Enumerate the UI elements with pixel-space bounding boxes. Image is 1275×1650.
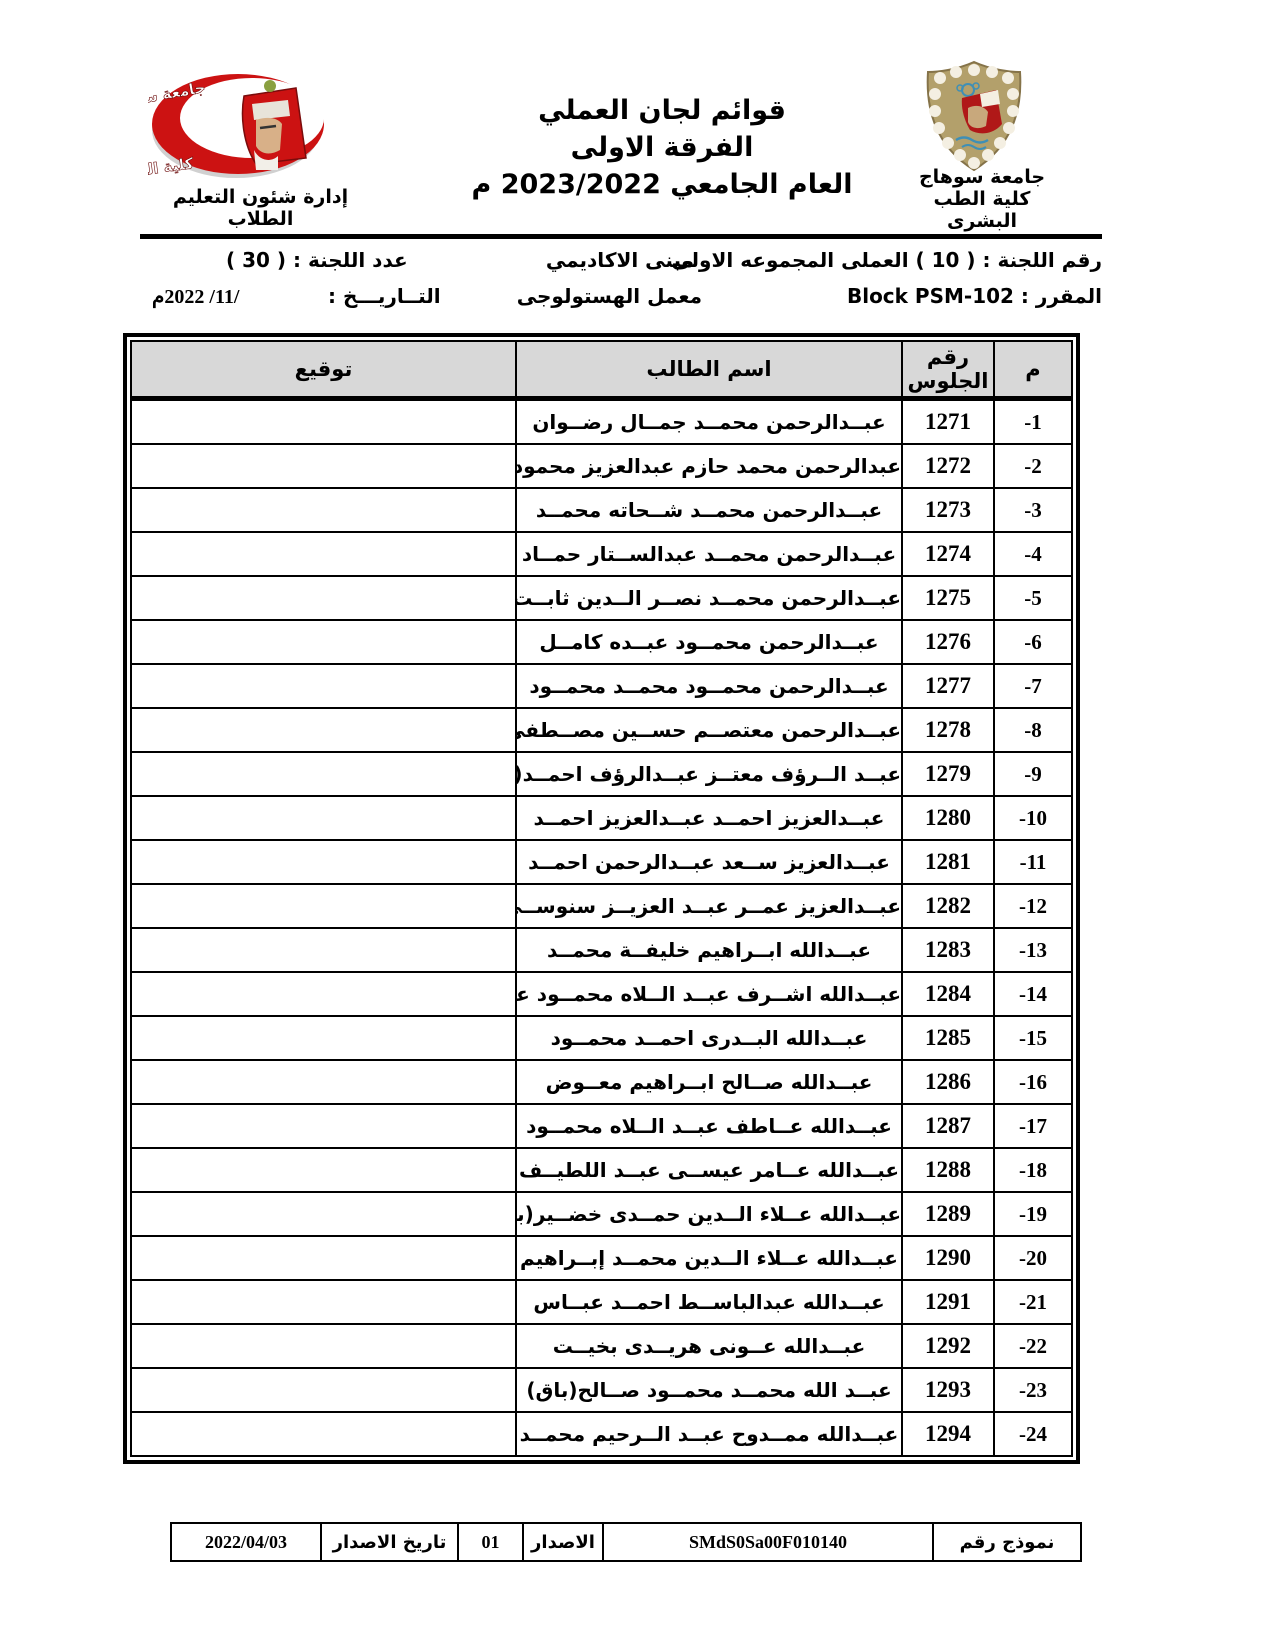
header-divider bbox=[140, 234, 1102, 239]
table-row: -101280عبــدالعزيز احمــد عبــدالعزيز اح… bbox=[131, 796, 1072, 840]
title-line-2: الفرقة الاولى bbox=[452, 129, 872, 166]
issue-date-value: 2022/04/03 bbox=[171, 1523, 321, 1561]
committee-count: عدد اللجنة : ( 30 ) bbox=[226, 248, 408, 272]
signature-cell bbox=[131, 620, 516, 664]
student-name: عبــدالله اشــرف عبــد الــلاه محمــود ع… bbox=[516, 972, 902, 1016]
seat-number: 1281 bbox=[902, 840, 994, 884]
row-index: -18 bbox=[994, 1148, 1072, 1192]
signature-cell bbox=[131, 752, 516, 796]
col-header-index: م bbox=[994, 341, 1072, 399]
admin-office-label: إدارة شئون التعليم الطلاب bbox=[158, 186, 363, 230]
committee-number: رقم اللجنة : ( 10 ) العملى المجموعه الاو… bbox=[671, 248, 1102, 272]
row-index: -14 bbox=[994, 972, 1072, 1016]
logo-bottom-text: كلية الطب bbox=[148, 154, 195, 183]
document-page: جامعة سوهاج كلية الطب إدارة شئون التعليم… bbox=[0, 0, 1275, 1650]
title-line-1: قوائم لجان العملي bbox=[452, 92, 872, 129]
signature-cell bbox=[131, 796, 516, 840]
table-row: -201290عبــدالله عــلاء الــدين محمــد إ… bbox=[131, 1236, 1072, 1280]
row-index: -17 bbox=[994, 1104, 1072, 1148]
issue-value: 01 bbox=[458, 1523, 523, 1561]
table-row: -41274عبــدالرحمن محمــد عبدالســتار حمـ… bbox=[131, 532, 1072, 576]
seat-number: 1290 bbox=[902, 1236, 994, 1280]
table-row: -131283عبــدالله ابــراهيم خليفــة محمــ… bbox=[131, 928, 1072, 972]
student-name: عبــدالله عــامر عيســى عبــد اللطيــف bbox=[516, 1148, 902, 1192]
seat-number: 1289 bbox=[902, 1192, 994, 1236]
row-index: -19 bbox=[994, 1192, 1072, 1236]
seat-number: 1288 bbox=[902, 1148, 994, 1192]
row-index: -22 bbox=[994, 1324, 1072, 1368]
title-line-3: العام الجامعي 2023/2022 م bbox=[452, 166, 872, 203]
table-row: -21272عبدالرحمن محمد حازم عبدالعزيز محمو… bbox=[131, 444, 1072, 488]
signature-cell bbox=[131, 1280, 516, 1324]
table-row: -51275عبــدالرحمن محمــد نصــر الــدين ث… bbox=[131, 576, 1072, 620]
university-name-block: جامعة سوهاج كلية الطب البشرى bbox=[902, 166, 1062, 232]
table-row: -141284عبــدالله اشــرف عبــد الــلاه مح… bbox=[131, 972, 1072, 1016]
row-index: -11 bbox=[994, 840, 1072, 884]
table-row: -91279عبــد الــرؤف معتــز عبــدالرؤف اح… bbox=[131, 752, 1072, 796]
date-label: التــاريـــخ : bbox=[328, 284, 441, 308]
student-name: عبــدالله عــلاء الــدين حمــدى خضــير(ب… bbox=[516, 1192, 902, 1236]
seat-number: 1273 bbox=[902, 488, 994, 532]
issue-label: الاصدار bbox=[523, 1523, 603, 1561]
row-index: -20 bbox=[994, 1236, 1072, 1280]
student-name: عبــدالعزيز عمــر عبــد العزيــز سنوســى bbox=[516, 884, 902, 928]
seat-number: 1282 bbox=[902, 884, 994, 928]
table-row: -161286عبــدالله صــالح ابــراهيم معــوض bbox=[131, 1060, 1072, 1104]
seat-number: 1277 bbox=[902, 664, 994, 708]
student-name: عبــدالعزيز احمــد عبــدالعزيز احمــد bbox=[516, 796, 902, 840]
student-name: عبــدالله عــاطف عبــد الــلاه محمــود bbox=[516, 1104, 902, 1148]
signature-cell bbox=[131, 399, 516, 445]
signature-cell bbox=[131, 884, 516, 928]
col-header-signature: توقيع bbox=[131, 341, 516, 399]
row-index: -16 bbox=[994, 1060, 1072, 1104]
seat-number: 1275 bbox=[902, 576, 994, 620]
table-row: -71277عبــدالرحمن محمــود محمــد محمــود bbox=[131, 664, 1072, 708]
signature-cell bbox=[131, 708, 516, 752]
col-header-seat: رقم الجلوس bbox=[902, 341, 994, 399]
seat-number: 1272 bbox=[902, 444, 994, 488]
signature-cell bbox=[131, 664, 516, 708]
form-number-label: نموذج رقم bbox=[933, 1523, 1081, 1561]
row-index: -1 bbox=[994, 399, 1072, 445]
table-row: -61276عبــدالرحمن محمــود عبــده كامــل bbox=[131, 620, 1072, 664]
row-index: -7 bbox=[994, 664, 1072, 708]
student-name: عبــدالله عبدالباســط احمــد عبــاس bbox=[516, 1280, 902, 1324]
seat-number: 1280 bbox=[902, 796, 994, 840]
form-footer: نموذج رقم SMdS0Sa00F010140 الاصدار 01 تا… bbox=[170, 1522, 1082, 1562]
student-name: عبــد الله محمــد محمــود صــالح(باق) bbox=[516, 1368, 902, 1412]
row-index: -4 bbox=[994, 532, 1072, 576]
signature-cell bbox=[131, 1412, 516, 1456]
student-name: عبــدالله البــدرى احمــد محمــود bbox=[516, 1016, 902, 1060]
table-row: -221292عبــدالله عــونى هريــدى بخيــت bbox=[131, 1324, 1072, 1368]
signature-cell bbox=[131, 1148, 516, 1192]
faculty-name: كلية الطب البشرى bbox=[902, 188, 1062, 232]
table-row: -11271عبــدالرحمن محمــد جمــال رضــوان bbox=[131, 399, 1072, 445]
signature-cell bbox=[131, 488, 516, 532]
row-index: -23 bbox=[994, 1368, 1072, 1412]
row-index: -9 bbox=[994, 752, 1072, 796]
footer-row: نموذج رقم SMdS0Sa00F010140 الاصدار 01 تا… bbox=[171, 1523, 1081, 1561]
student-name: عبــدالرحمن محمــد عبدالســتار حمــاد bbox=[516, 532, 902, 576]
table-header-row: م رقم الجلوس اسم الطالب توقيع bbox=[131, 341, 1072, 399]
signature-cell bbox=[131, 972, 516, 1016]
table-row: -211291عبــدالله عبدالباســط احمــد عبــ… bbox=[131, 1280, 1072, 1324]
signature-cell bbox=[131, 1324, 516, 1368]
row-index: -12 bbox=[994, 884, 1072, 928]
seat-number: 1276 bbox=[902, 620, 994, 664]
seat-number: 1285 bbox=[902, 1016, 994, 1060]
student-name: عبــدالرحمن محمــد شــحاته محمــد bbox=[516, 488, 902, 532]
lab-label: معمل الهستولوجى bbox=[530, 284, 702, 308]
signature-cell bbox=[131, 928, 516, 972]
student-name: عبــدالعزيز ســعد عبــدالرحمن احمــد bbox=[516, 840, 902, 884]
student-table: م رقم الجلوس اسم الطالب توقيع -11271عبــ… bbox=[123, 333, 1080, 1464]
student-name: عبــدالله صــالح ابــراهيم معــوض bbox=[516, 1060, 902, 1104]
student-name: عبــدالله ممــدوح عبــد الــرحيم محمــد bbox=[516, 1412, 902, 1456]
table-row: -181288عبــدالله عــامر عيســى عبــد الل… bbox=[131, 1148, 1072, 1192]
student-name: عبــدالرحمن محمــود محمــد محمــود bbox=[516, 664, 902, 708]
seat-number: 1271 bbox=[902, 399, 994, 445]
row-index: -3 bbox=[994, 488, 1072, 532]
table-row: -191289عبــدالله عــلاء الــدين حمــدى خ… bbox=[131, 1192, 1072, 1236]
course-label: المقرر : Block PSM-102 bbox=[847, 284, 1102, 308]
row-index: -5 bbox=[994, 576, 1072, 620]
signature-cell bbox=[131, 576, 516, 620]
row-index: -24 bbox=[994, 1412, 1072, 1456]
signature-cell bbox=[131, 532, 516, 576]
table-row: -121282عبــدالعزيز عمــر عبــد العزيــز … bbox=[131, 884, 1072, 928]
row-index: -21 bbox=[994, 1280, 1072, 1324]
signature-cell bbox=[131, 1060, 516, 1104]
table-row: -111281عبــدالعزيز ســعد عبــدالرحمن احم… bbox=[131, 840, 1072, 884]
signature-cell bbox=[131, 1016, 516, 1060]
row-index: -2 bbox=[994, 444, 1072, 488]
table-row: -241294عبــدالله ممــدوح عبــد الــرحيم … bbox=[131, 1412, 1072, 1456]
row-index: -8 bbox=[994, 708, 1072, 752]
student-name: عبدالرحمن محمد حازم عبدالعزيز محمود bbox=[516, 444, 902, 488]
signature-cell bbox=[131, 1236, 516, 1280]
form-code: SMdS0Sa00F010140 bbox=[603, 1523, 933, 1561]
student-name: عبــدالرحمن محمــود عبــده كامــل bbox=[516, 620, 902, 664]
student-name: عبــدالرحمن معتصــم حســين مصــطفي bbox=[516, 708, 902, 752]
table-row: -81278عبــدالرحمن معتصــم حســين مصــطفي bbox=[131, 708, 1072, 752]
faculty-crescent-logo-icon: جامعة سوهاج كلية الطب bbox=[148, 66, 338, 184]
table-row: -171287عبــدالله عــاطف عبــد الــلاه مح… bbox=[131, 1104, 1072, 1148]
issue-date-label: تاريخ الاصدار bbox=[321, 1523, 458, 1561]
student-name: عبــدالله عــلاء الــدين محمــد إبــراهي… bbox=[516, 1236, 902, 1280]
student-name: عبــد الــرؤف معتــز عبــدالرؤف احمــد(ب… bbox=[516, 752, 902, 796]
signature-cell bbox=[131, 1368, 516, 1412]
page-title: قوائم لجان العملي الفرقة الاولى العام ال… bbox=[452, 92, 872, 203]
university-shield-logo-icon bbox=[922, 60, 1026, 172]
row-index: -15 bbox=[994, 1016, 1072, 1060]
table-row: -231293عبــد الله محمــد محمــود صــالح(… bbox=[131, 1368, 1072, 1412]
table-row: -31273عبــدالرحمن محمــد شــحاته محمــد bbox=[131, 488, 1072, 532]
row-index: -10 bbox=[994, 796, 1072, 840]
student-name: عبــدالله عــونى هريــدى بخيــت bbox=[516, 1324, 902, 1368]
building-label: مبنى الاكاديمي bbox=[545, 248, 695, 272]
table-row: -151285عبــدالله البــدرى احمــد محمــود bbox=[131, 1016, 1072, 1060]
col-header-name: اسم الطالب bbox=[516, 341, 902, 399]
signature-cell bbox=[131, 1192, 516, 1236]
seat-number: 1284 bbox=[902, 972, 994, 1016]
seat-number: 1287 bbox=[902, 1104, 994, 1148]
signature-cell bbox=[131, 840, 516, 884]
seat-number: 1291 bbox=[902, 1280, 994, 1324]
seat-number: 1274 bbox=[902, 532, 994, 576]
row-index: -13 bbox=[994, 928, 1072, 972]
date-value: /11/ 2022م bbox=[152, 284, 239, 309]
student-name: عبــدالرحمن محمــد نصــر الــدين ثابــت bbox=[516, 576, 902, 620]
seat-number: 1283 bbox=[902, 928, 994, 972]
seat-number: 1293 bbox=[902, 1368, 994, 1412]
seat-number: 1294 bbox=[902, 1412, 994, 1456]
row-index: -6 bbox=[994, 620, 1072, 664]
signature-cell bbox=[131, 444, 516, 488]
seat-number: 1292 bbox=[902, 1324, 994, 1368]
seat-number: 1279 bbox=[902, 752, 994, 796]
seat-number: 1286 bbox=[902, 1060, 994, 1104]
student-name: عبــدالله ابــراهيم خليفــة محمــد bbox=[516, 928, 902, 972]
student-name: عبــدالرحمن محمــد جمــال رضــوان bbox=[516, 399, 902, 445]
signature-cell bbox=[131, 1104, 516, 1148]
seat-number: 1278 bbox=[902, 708, 994, 752]
university-name: جامعة سوهاج bbox=[902, 166, 1062, 188]
